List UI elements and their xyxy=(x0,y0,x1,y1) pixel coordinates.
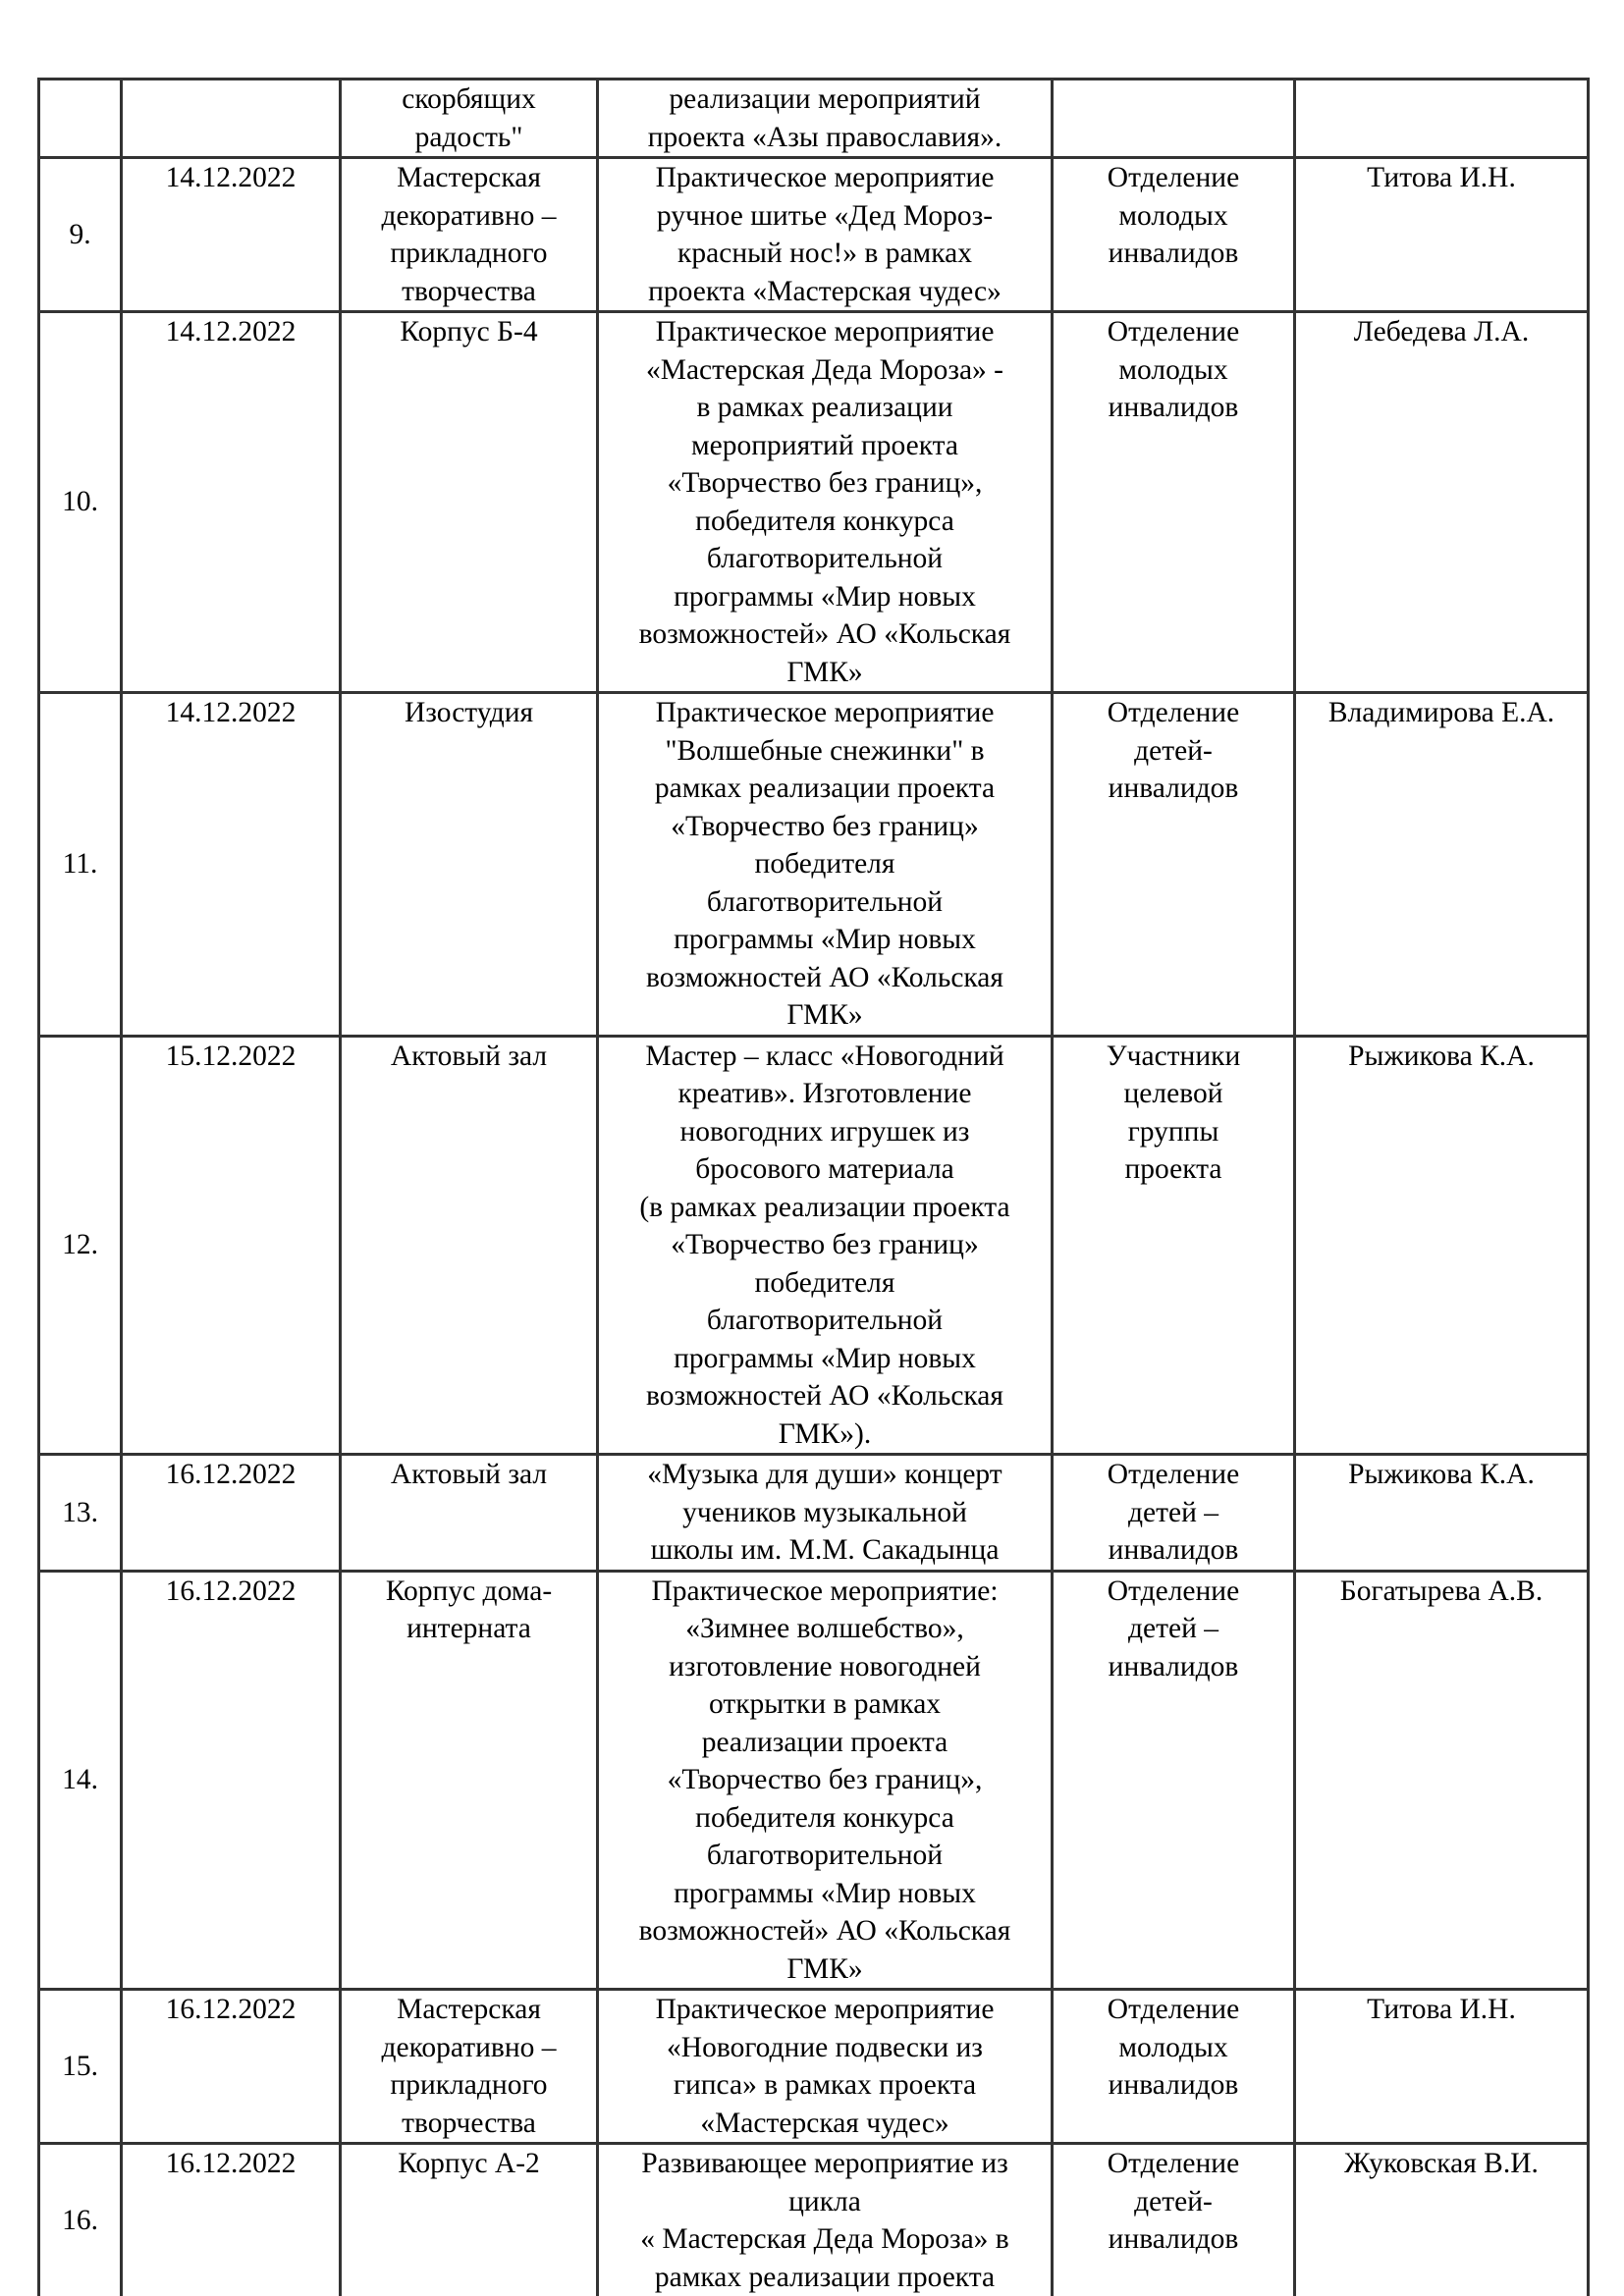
group-cell: Отделение детей – инвалидов xyxy=(1053,1571,1295,1990)
row-number-cell xyxy=(39,80,122,158)
responsible-cell: Лебедева Л.А. xyxy=(1295,312,1589,693)
row-number-cell: 10. xyxy=(39,312,122,693)
group-cell: Отделение молодых инвалидов xyxy=(1053,158,1295,312)
place-cell: Мастерская декоративно – прикладного тво… xyxy=(341,1990,598,2144)
document-page: скорбящих радость" реализации мероприяти… xyxy=(0,0,1624,2296)
table-row: 10. 14.12.2022 Корпус Б-4 Практическое м… xyxy=(39,312,1589,693)
row-number-cell: 9. xyxy=(39,158,122,312)
responsible-cell xyxy=(1295,80,1589,158)
group-cell: Отделение детей- инвалидов xyxy=(1053,693,1295,1037)
event-cell: Практическое мероприятие ручное шитье «Д… xyxy=(598,158,1053,312)
event-cell: Практическое мероприятие «Мастерская Дед… xyxy=(598,312,1053,693)
place-cell: Актовый зал xyxy=(341,1036,598,1455)
row-number-cell: 16. xyxy=(39,2144,122,2296)
group-cell xyxy=(1053,80,1295,158)
responsible-cell: Владимирова Е.А. xyxy=(1295,693,1589,1037)
date-cell: 16.12.2022 xyxy=(122,1990,341,2144)
responsible-cell: Жуковская В.И. xyxy=(1295,2144,1589,2296)
table-row: 15. 16.12.2022 Мастерская декоративно – … xyxy=(39,1990,1589,2144)
row-number-cell: 12. xyxy=(39,1036,122,1455)
table-row: 9. 14.12.2022 Мастерская декоративно – п… xyxy=(39,158,1589,312)
date-cell: 16.12.2022 xyxy=(122,1571,341,1990)
event-cell: Практическое мероприятие: «Зимнее волшеб… xyxy=(598,1571,1053,1990)
table-row: 13. 16.12.2022 Актовый зал «Музыка для д… xyxy=(39,1455,1589,1572)
responsible-cell: Титова И.Н. xyxy=(1295,158,1589,312)
table-row: 14. 16.12.2022 Корпус дома- интерната Пр… xyxy=(39,1571,1589,1990)
place-cell: скорбящих радость" xyxy=(341,80,598,158)
place-cell: Корпус А-2 xyxy=(341,2144,598,2296)
table-row: 16. 16.12.2022 Корпус А-2 Развивающее ме… xyxy=(39,2144,1589,2296)
events-schedule-table: скорбящих радость" реализации мероприяти… xyxy=(37,78,1590,2296)
responsible-cell: Титова И.Н. xyxy=(1295,1990,1589,2144)
place-cell: Актовый зал xyxy=(341,1455,598,1572)
date-cell xyxy=(122,80,341,158)
event-cell: Практическое мероприятие «Новогодние под… xyxy=(598,1990,1053,2144)
date-cell: 16.12.2022 xyxy=(122,1455,341,1572)
place-cell: Корпус дома- интерната xyxy=(341,1571,598,1990)
responsible-cell: Рыжикова К.А. xyxy=(1295,1036,1589,1455)
table-row: скорбящих радость" реализации мероприяти… xyxy=(39,80,1589,158)
event-cell: Развивающее мероприятие из цикла « Масте… xyxy=(598,2144,1053,2296)
event-cell: Мастер – класс «Новогодний креатив». Изг… xyxy=(598,1036,1053,1455)
row-number-cell: 15. xyxy=(39,1990,122,2144)
place-cell: Изостудия xyxy=(341,693,598,1037)
responsible-cell: Богатырева А.В. xyxy=(1295,1571,1589,1990)
date-cell: 16.12.2022 xyxy=(122,2144,341,2296)
group-cell: Отделение молодых инвалидов xyxy=(1053,312,1295,693)
table-row: 11. 14.12.2022 Изостудия Практическое ме… xyxy=(39,693,1589,1037)
group-cell: Отделение детей- инвалидов xyxy=(1053,2144,1295,2296)
group-cell: Участники целевой группы проекта xyxy=(1053,1036,1295,1455)
date-cell: 14.12.2022 xyxy=(122,312,341,693)
row-number-cell: 11. xyxy=(39,693,122,1037)
date-cell: 14.12.2022 xyxy=(122,158,341,312)
event-cell: Практическое мероприятие "Волшебные снеж… xyxy=(598,693,1053,1037)
event-cell: реализации мероприятий проекта «Азы прав… xyxy=(598,80,1053,158)
place-cell: Корпус Б-4 xyxy=(341,312,598,693)
table-row: 12. 15.12.2022 Актовый зал Мастер – клас… xyxy=(39,1036,1589,1455)
group-cell: Отделение детей – инвалидов xyxy=(1053,1455,1295,1572)
date-cell: 14.12.2022 xyxy=(122,693,341,1037)
date-cell: 15.12.2022 xyxy=(122,1036,341,1455)
group-cell: Отделение молодых инвалидов xyxy=(1053,1990,1295,2144)
responsible-cell: Рыжикова К.А. xyxy=(1295,1455,1589,1572)
place-cell: Мастерская декоративно – прикладного тво… xyxy=(341,158,598,312)
event-cell: «Музыка для души» концерт учеников музык… xyxy=(598,1455,1053,1572)
row-number-cell: 13. xyxy=(39,1455,122,1572)
row-number-cell: 14. xyxy=(39,1571,122,1990)
